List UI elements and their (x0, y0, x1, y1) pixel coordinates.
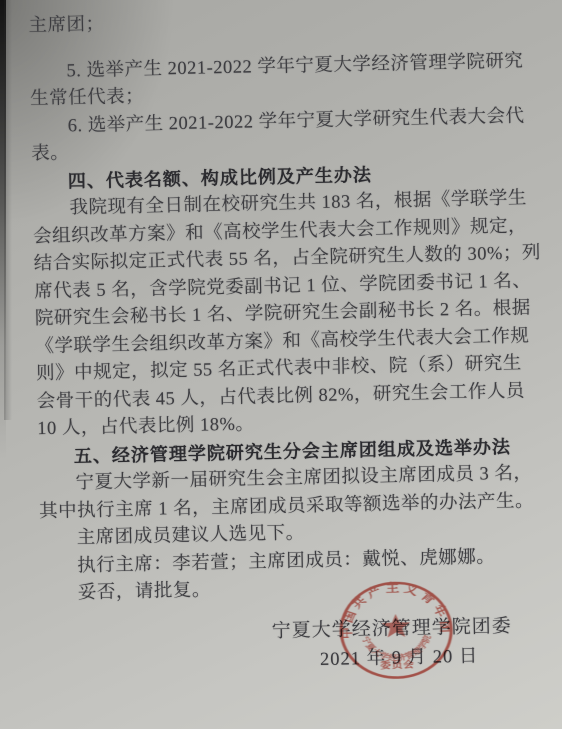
seal-arc-inner-text: 宁夏大学经济管理学院 (360, 633, 434, 664)
photographed-document-page: { "colors": { "paper": "#b9b9b5", "ink":… (0, 0, 562, 729)
seal-star-icon (381, 614, 411, 638)
seal-bottom-label: 委员会 (380, 658, 415, 671)
photo-edge-shadow (0, 0, 6, 460)
document-line: 主席团； (28, 2, 524, 40)
document-text-block: 主席团；5. 选举产生 2021-2022 学年宁夏大学经济管理学院研究生常任代… (28, 2, 538, 679)
official-seal-stamp: 中国共产主义青年团 宁夏大学经济管理学院 委员会 (331, 575, 461, 687)
photo-edge-shadow-soft (4, 0, 12, 420)
document-body: 主席团；5. 选举产生 2021-2022 学年宁夏大学经济管理学院研究生常任代… (28, 2, 537, 608)
